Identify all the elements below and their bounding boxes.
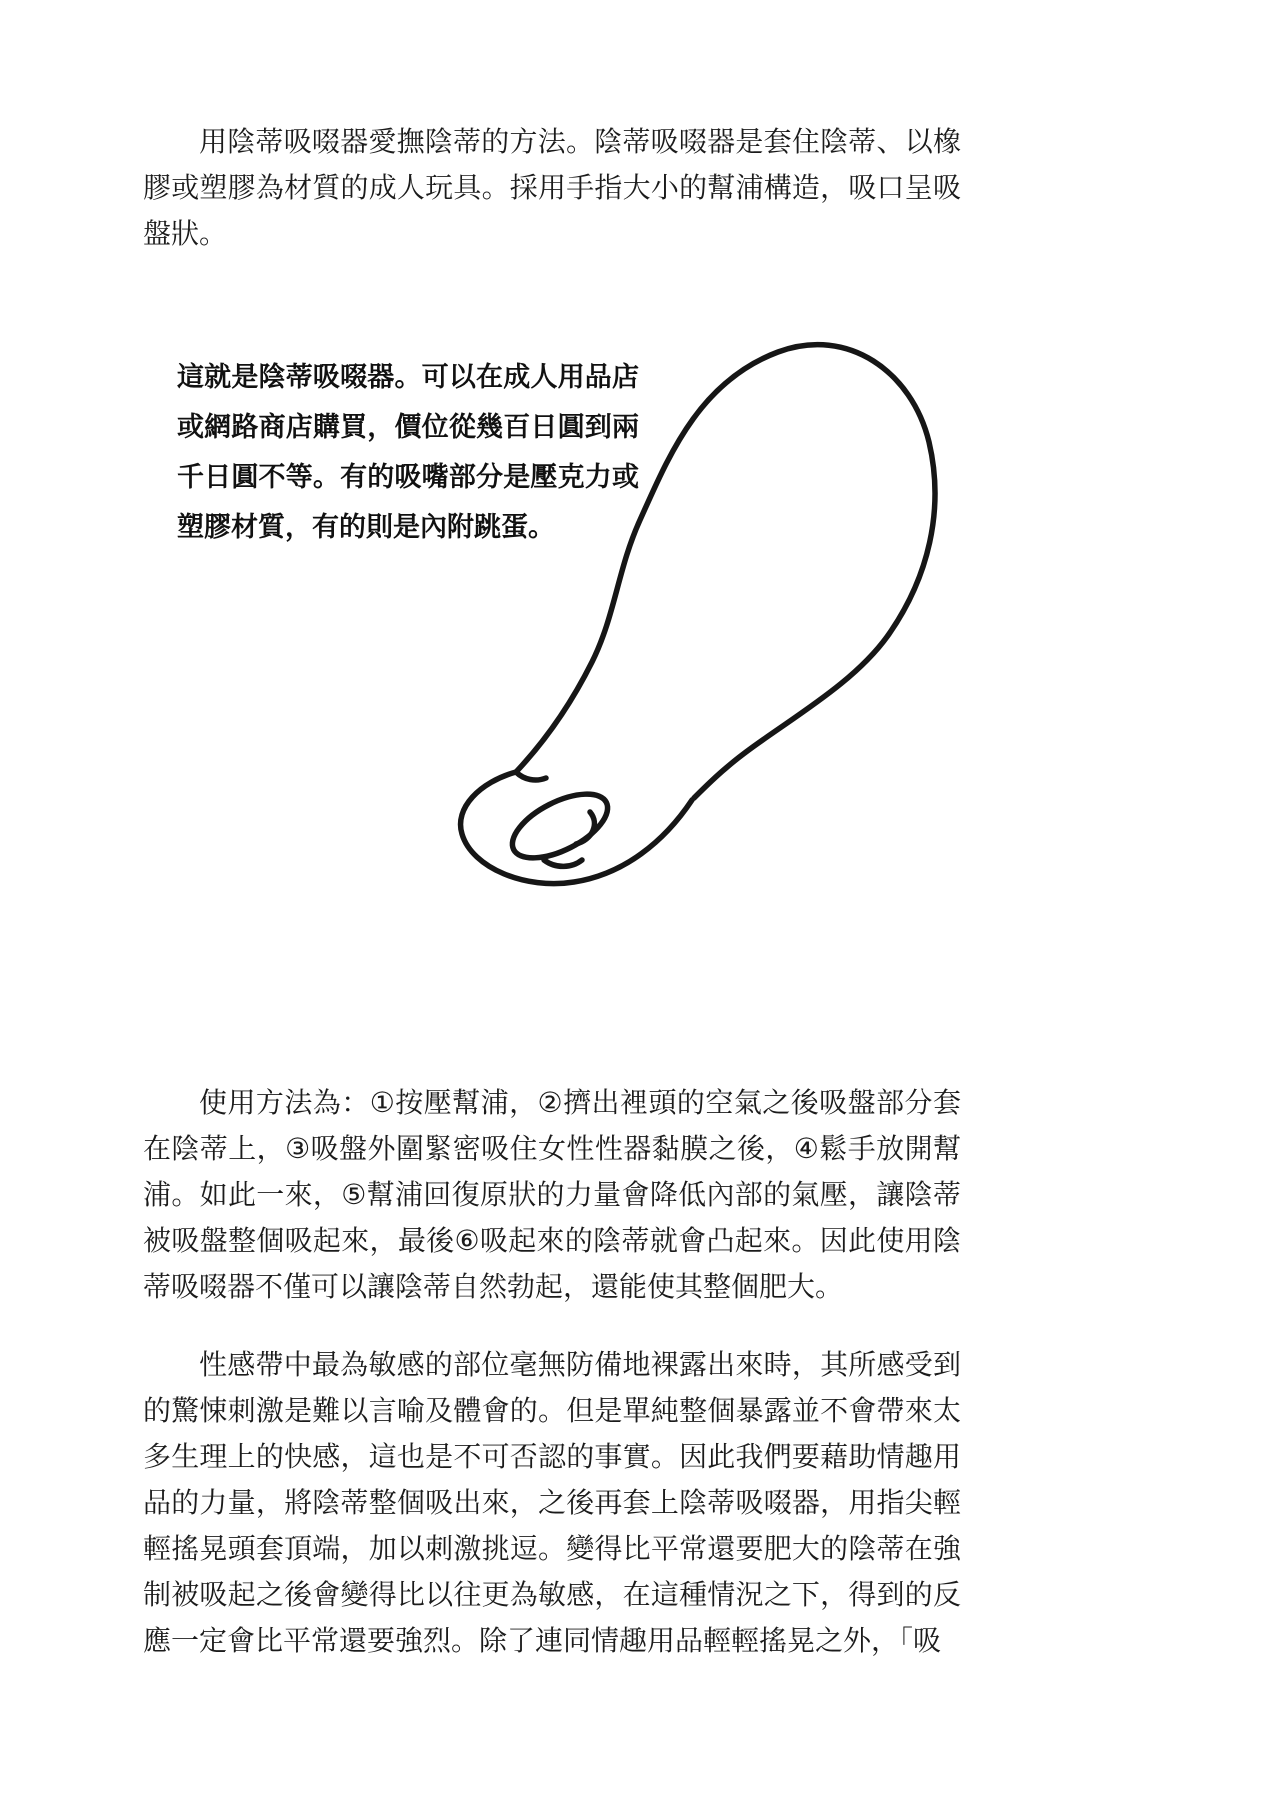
suction-device-illustration — [440, 320, 960, 920]
text-line: 多生理上的快感，這也是不可否認的事實。因此我們要藉助情趣用 — [143, 1434, 961, 1480]
text-line: 膠或塑膠為材質的成人玩具。採用手指大小的幫浦構造，吸口呈吸 — [143, 165, 961, 211]
text-line: 蒂吸啜器不僅可以讓陰蒂自然勃起，還能使其整個肥大。 — [143, 1264, 961, 1310]
text-line: 被吸盤整個吸起來，最後⑥吸起來的陰蒂就會凸起來。因此使用陰 — [143, 1218, 961, 1264]
device-body-outline — [516, 345, 935, 798]
usage-paragraph: 使用方法為：①按壓幫浦，②擠出裡頭的空氣之後吸盤部分套在陰蒂上，③吸盤外圍緊密吸… — [143, 1080, 961, 1310]
intro-paragraph: 用陰蒂吸啜器愛撫陰蒂的方法。陰蒂吸啜器是套住陰蒂、以橡膠或塑膠為材質的成人玩具。… — [143, 119, 961, 257]
suction-device-drawing — [440, 320, 960, 920]
text-line: 制被吸起之後會變得比以往更為敏感，在這種情況之下，得到的反 — [143, 1572, 961, 1618]
text-line: 用陰蒂吸啜器愛撫陰蒂的方法。陰蒂吸啜器是套住陰蒂、以橡 — [143, 119, 961, 165]
device-opening-curl — [576, 812, 594, 844]
closing-paragraph: 性感帶中最為敏感的部位毫無防備地裸露出來時，其所感受到的驚悚刺激是難以言喻及體會… — [143, 1342, 961, 1664]
text-line: 品的力量，將陰蒂整個吸出來，之後再套上陰蒂吸啜器，用指尖輕 — [143, 1480, 961, 1526]
book-page: 用陰蒂吸啜器愛撫陰蒂的方法。陰蒂吸啜器是套住陰蒂、以橡膠或塑膠為材質的成人玩具。… — [0, 0, 1280, 1812]
text-line: 的驚悚刺激是難以言喻及體會的。但是單純整個暴露並不會帶來太 — [143, 1388, 961, 1434]
text-line: 在陰蒂上，③吸盤外圍緊密吸住女性性器黏膜之後，④鬆手放開幫 — [143, 1126, 961, 1172]
text-line: 應一定會比平常還要強烈。除了連同情趣用品輕輕搖晃之外，「吸 — [143, 1618, 961, 1664]
text-line: 浦。如此一來，⑤幫浦回復原狀的力量會降低內部的氣壓，讓陰蒂 — [143, 1172, 961, 1218]
device-opening-inner-mark — [544, 860, 582, 866]
text-line: 輕搖晃頭套頂端，加以刺激挑逗。變得比平常還要肥大的陰蒂在強 — [143, 1526, 961, 1572]
text-line: 性感帶中最為敏感的部位毫無防備地裸露出來時，其所感受到 — [143, 1342, 961, 1388]
device-suction-opening — [503, 781, 617, 871]
device-suction-cup-rim — [461, 772, 692, 884]
text-line: 使用方法為：①按壓幫浦，②擠出裡頭的空氣之後吸盤部分套 — [143, 1080, 961, 1126]
text-line: 盤狀。 — [143, 211, 961, 257]
device-neck-lip-mark — [516, 772, 546, 780]
